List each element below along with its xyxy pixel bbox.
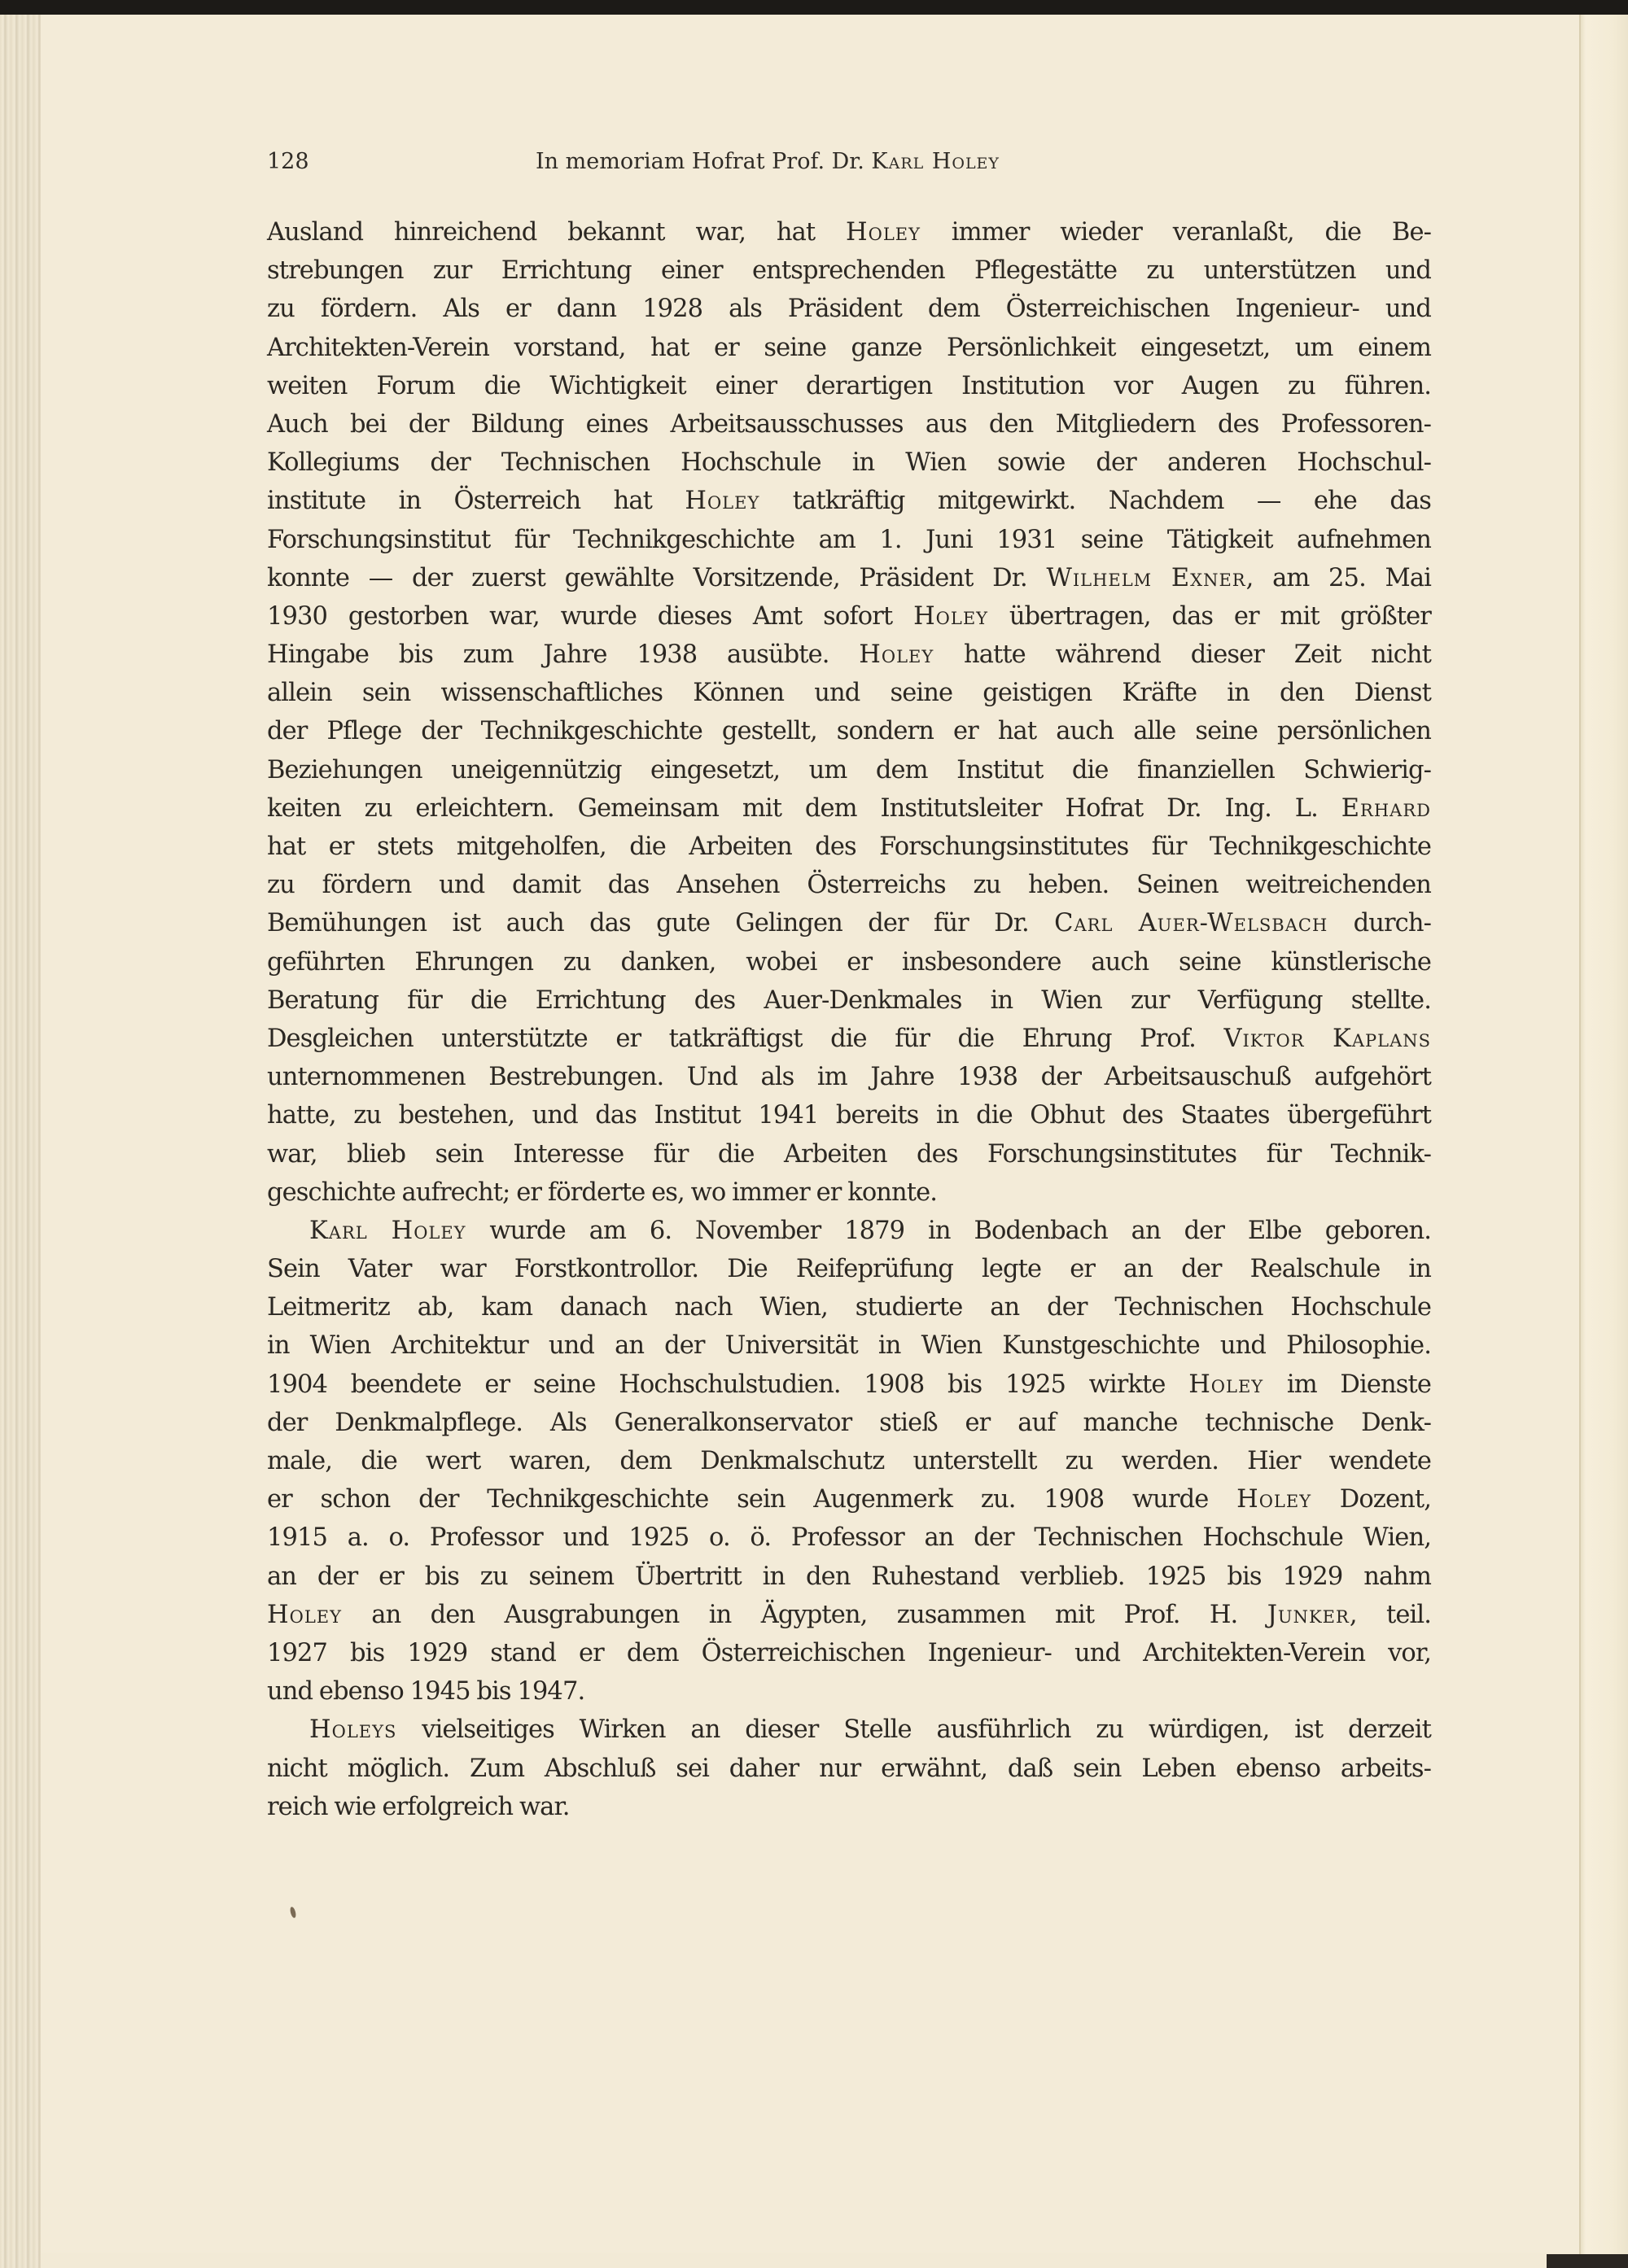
text-line: Sein Vater war Forstkontrollor. Die Reif… [267,1250,1431,1288]
text-line: zu fördern und damit das Ansehen Österre… [267,866,1431,904]
text-line: Leitmeritz ab, kam danach nach Wien, stu… [267,1288,1431,1326]
paragraph: Ausland hinreichend bekannt war, hat Hol… [267,213,1431,1212]
text-line: er schon der Technikgeschichte sein Auge… [267,1480,1431,1519]
text-line: allein sein wissenschaftliches Können un… [267,674,1431,712]
page-number: 128 [267,149,309,174]
text-line: Holey an den Ausgrabungen in Ägypten, zu… [267,1596,1431,1634]
text-line: unternommenen Bestrebungen. Und als im J… [267,1058,1431,1096]
text-line: strebungen zur Errichtung einer entsprec… [267,251,1431,290]
text-line: Forschungsinstitut für Technikgeschichte… [267,521,1431,559]
text-line: weiten Forum die Wichtigkeit einer derar… [267,367,1431,405]
small-caps-name: Holey [913,602,988,631]
text-line: Beratung für die Errichtung des Auer-Den… [267,981,1431,1020]
small-caps-name: Wilhelm [1047,564,1153,592]
text-line: institute in Österreich hat Holey tatkrä… [267,482,1431,520]
text-line: an der er bis zu seinem Übertritt in den… [267,1558,1431,1596]
text-line: Auch bei der Bildung eines Arbeitsaussch… [267,405,1431,444]
scanner-bottom-edge [1547,2254,1628,2268]
small-caps-name: Carl [1054,909,1113,937]
text-line: konnte — der zuerst gewählte Vorsitzende… [267,559,1431,597]
small-caps-name: Viktor [1223,1025,1304,1053]
text-line: Ausland hinreichend bekannt war, hat Hol… [267,213,1431,251]
text-line: male, die wert waren, dem Denkmalschutz … [267,1442,1431,1480]
text-line: geschichte aufrecht; er förderte es, wo … [267,1173,1431,1212]
text-line: hatte, zu bestehen, und das Institut 194… [267,1096,1431,1134]
text-line: Architekten-Verein vorstand, hat er sein… [267,329,1431,367]
running-title-prefix: In memoriam Hofrat Prof. Dr. [536,149,871,174]
small-caps-name: Karl [309,1217,368,1245]
text-line: Karl Holey wurde am 6. November 1879 in … [267,1212,1431,1250]
text-line: Beziehungen uneigennützig eingesetzt, um… [267,751,1431,789]
text-line: der Pflege der Technikgeschichte gestell… [267,712,1431,750]
small-caps-name: Holey [685,487,759,515]
scanner-top-edge [0,0,1628,16]
running-title: In memoriam Hofrat Prof. Dr. Karl Holey [536,149,1000,174]
body-text: Ausland hinreichend bekannt war, hat Hol… [267,213,1431,1826]
small-caps-name: Kaplans [1333,1025,1431,1053]
text-line: keiten zu erleichtern. Gemeinsam mit dem… [267,789,1431,828]
text-line: war, blieb sein Interesse für die Arbeit… [267,1135,1431,1173]
small-caps-name: Holey [392,1217,466,1245]
text-line: hat er stets mitgeholfen, die Arbeiten d… [267,828,1431,866]
text-line: zu fördern. Als er dann 1928 als Präside… [267,290,1431,328]
small-caps-name: Holey [1236,1485,1311,1514]
text-line: 1915 a. o. Professor und 1925 o. ö. Prof… [267,1519,1431,1557]
text-line: Holeys vielseitiges Wirken an dieser Ste… [267,1711,1431,1749]
text-line: geführten Ehrungen zu danken, wobei er i… [267,943,1431,981]
small-caps-name: Erhard [1341,794,1431,823]
text-line: Hingabe bis zum Jahre 1938 ausübte. Hole… [267,636,1431,674]
text-line: in Wien Architektur und an der Universit… [267,1326,1431,1365]
small-caps-name: Holey [859,640,934,669]
small-caps-name: Exner [1171,564,1246,592]
small-caps-name: Holeys [309,1715,396,1744]
running-title-name: Karl Holey [871,149,1000,174]
text-line: nicht möglich. Zum Abschluß sei daher nu… [267,1750,1431,1788]
text-line: 1930 gestorben war, wurde dieses Amt sof… [267,597,1431,636]
text-line: der Denkmalpflege. Als Generalkonservato… [267,1404,1431,1442]
text-line: reich wie erfolgreich war. [267,1788,1431,1826]
paragraph: Karl Holey wurde am 6. November 1879 in … [267,1212,1431,1711]
paragraph: Holeys vielseitiges Wirken an dieser Ste… [267,1711,1431,1826]
small-caps-name: Junker [1267,1601,1350,1629]
text-line: Bemühungen ist auch das gute Gelingen de… [267,904,1431,942]
text-line: und ebenso 1945 bis 1947. [267,1672,1431,1711]
small-caps-name: Holey [846,218,921,247]
text-line: 1927 bis 1929 stand er dem Österreichisc… [267,1634,1431,1672]
text-line: Kollegiums der Technischen Hochschule in… [267,444,1431,482]
running-header: 128 In memoriam Hofrat Prof. Dr. Karl Ho… [267,149,1431,181]
page-fold-right [1579,15,1628,2268]
small-caps-name: Holey [1188,1370,1263,1399]
page-stack-left-edge [0,15,41,2268]
small-caps-name: Auer-Welsbach [1139,909,1328,937]
text-line: 1904 beendete er seine Hochschulstudien.… [267,1366,1431,1404]
text-line: Desgleichen unterstützte er tatkräftigst… [267,1020,1431,1058]
small-caps-name: Holey [267,1601,342,1629]
